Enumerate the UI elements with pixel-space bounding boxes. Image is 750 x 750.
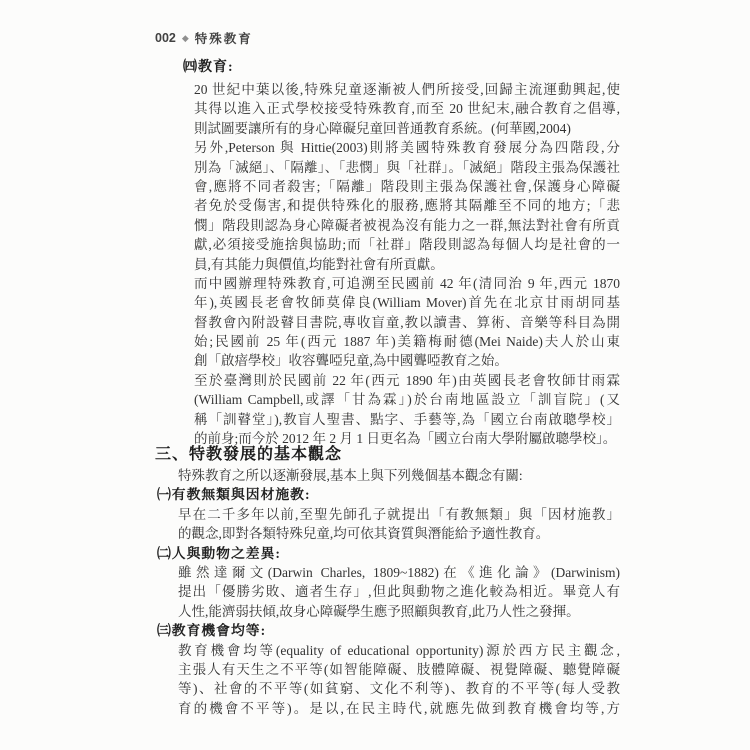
- text-line: 會,應將不同者殺害;「隔離」階段則主張為保護社會,保護身心障礙: [194, 177, 620, 196]
- text-line: 則試圖要讓所有的身心障礙兒童回普通教育系統。(何華國,2004): [194, 119, 620, 138]
- text-line: 提出「優勝劣敗、適者生存」,但此與動物之進化較為相近。畢竟人有: [178, 582, 620, 601]
- text-line: 至於臺灣則於民國前 22 年(西元 1890 年)由英國長老會牧師甘雨霖: [194, 371, 620, 390]
- text-line: 主張人有天生之不平等(如智能障礙、肢體障礙、視覺障礙、聽覺障礙: [178, 660, 620, 679]
- diamond-icon: ◆: [182, 34, 189, 43]
- text-line: 獻,必須接受施捨與協助;而「社群」階段則認為每個人均是社會的一: [194, 235, 620, 254]
- text-line: 創「啟瘖學校」收容聾啞兒童,為中國聾啞教育之始。: [194, 351, 620, 370]
- subsection-label: ㈢教育機會均等:: [157, 621, 620, 640]
- text-line: 別為「滅絕」、「隔離」、「悲憫」與「社群」。「滅絕」階段主張為保護社: [194, 158, 620, 177]
- section-three-body: 特殊教育之所以逐漸發展,基本上與下列幾個基本觀念有關: ㈠有教無類與因材施教:早…: [157, 466, 620, 718]
- text-line: 者免於受傷害,和提供特殊化的服務,應將其隔離至不同的地方;「悲: [194, 196, 620, 215]
- text-line: 稱「訓瞽堂」),教盲人聖書、點字、手藝等,為「國立台南啟聰學校」: [194, 410, 620, 429]
- text-line: 而中國辦理特殊教育,可追溯至民國前 42 年(清同治 9 年,西元 1870: [194, 274, 620, 293]
- book-title: 特殊教育: [195, 29, 253, 47]
- subsection-education: ㈣教育: 20 世紀中葉以後,特殊兒童逐漸被人們所接受,回歸主流運動興起,使其得…: [183, 56, 620, 448]
- text-line: 員,有其能力與價值,均能對社會有所貢獻。: [194, 255, 620, 274]
- book-page: 002 ◆ 特殊教育 ㈣教育: 20 世紀中葉以後,特殊兒童逐漸被人們所接受,回…: [0, 0, 750, 750]
- text-line: 督教會內附設瞽目書院,專收盲童,教以讀書、算術、音樂等科目為開: [194, 313, 620, 332]
- section-three-intro: 特殊教育之所以逐漸發展,基本上與下列幾個基本觀念有關:: [178, 466, 620, 485]
- text-line: 另外,Peterson 與 Hittie(2003)則將美國特殊教育發展分為四階…: [194, 138, 620, 157]
- text-line: 其得以進入正式學校接受特殊教育,而至 20 世紀末,融合教育之倡導,: [194, 99, 620, 118]
- subsection-education-label: ㈣教育:: [183, 56, 620, 80]
- text-line: 始;民國前 25 年(西元 1887 年)美籍梅耐德(Mei Naide)夫人於…: [194, 332, 620, 351]
- section-three-title: 三、特教發展的基本觀念: [155, 444, 342, 466]
- text-line: 雖然達爾文(Darwin Charles, 1809~1882)在《進化論》(D…: [178, 563, 620, 582]
- text-line: 憫」階段則認為身心障礙者被視為沒有能力之一群,無法對社會有所貢: [194, 216, 620, 235]
- subsection-label: ㈠有教無類與因材施教:: [157, 485, 620, 504]
- text-line: 教育機會均等(equality of educational opportuni…: [178, 641, 620, 660]
- page-header: 002 ◆ 特殊教育: [155, 30, 253, 46]
- text-line: 年),英國長老會牧師莫偉良(William Mover)首先在北京甘雨胡同基: [194, 293, 620, 312]
- page-number: 002: [155, 31, 176, 45]
- subsection-label: ㈡人與動物之差異:: [157, 544, 620, 563]
- text-line: 的觀念,即對各類特殊兒童,均可依其資質與潛能給予適性教育。: [178, 524, 620, 543]
- text-line: 早在二千多年以前,至聖先師孔子就提出「有教無類」與「因材施教」: [178, 505, 620, 524]
- text-line: (William Campbell,或譯「甘為霖」)於台南地區設立「訓盲院」(又: [194, 390, 620, 409]
- text-line: 育的機會不平等)。是以,在民主時代,就應先做到教育機會均等,方: [178, 699, 620, 718]
- text-line: 人性,能濟弱扶傾,故身心障礙學生應予照顧與教育,此乃人性之發揮。: [178, 602, 620, 621]
- subsection-education-body: 20 世紀中葉以後,特殊兒童逐漸被人們所接受,回歸主流運動興起,使其得以進入正式…: [194, 80, 620, 448]
- text-line: 20 世紀中葉以後,特殊兒童逐漸被人們所接受,回歸主流運動興起,使: [194, 80, 620, 99]
- section-three-subsections: ㈠有教無類與因材施教:早在二千多年以前,至聖先師孔子就提出「有教無類」與「因材施…: [157, 485, 620, 718]
- text-line: 等)、社會的不平等(如貧窮、文化不利等)、教育的不平等(每人受教: [178, 679, 620, 698]
